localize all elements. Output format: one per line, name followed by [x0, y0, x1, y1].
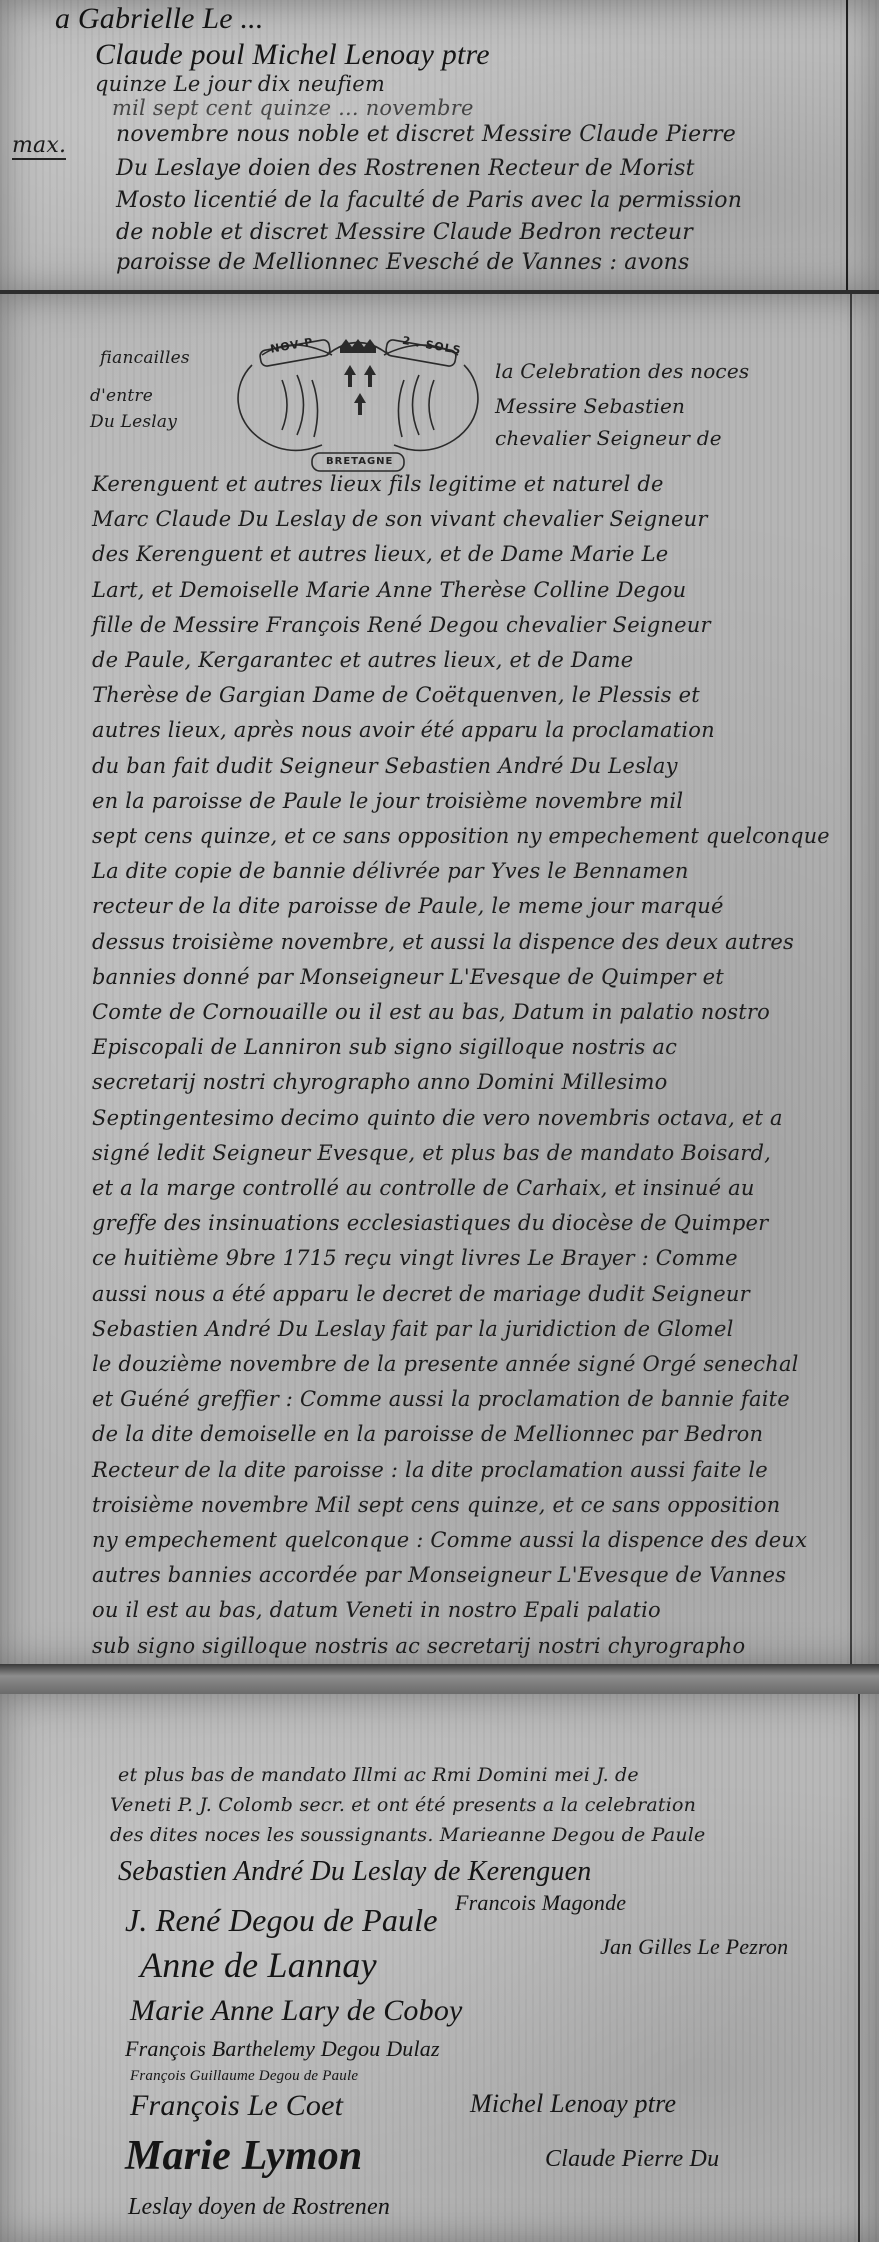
text-line: Comte de Cornouaille ou il est au bas, D… — [92, 1000, 770, 1024]
text-line: novembre nous noble et discret Messire C… — [116, 122, 736, 147]
text-line: le douzième novembre de la presente anné… — [92, 1352, 799, 1376]
text-line: Messire Sebastien — [495, 394, 685, 418]
text-line: autres bannies accordée par Monseigneur … — [92, 1563, 786, 1587]
text-line: Septingentesimo decimo quinto die vero n… — [92, 1106, 783, 1130]
signature: Anne de Lannay — [140, 1944, 377, 1986]
signature: Sebastien André Du Leslay de Kerenguen — [118, 1856, 591, 1888]
text-line: bannies donné par Monseigneur L'Evesque … — [92, 965, 724, 989]
margin-note: Du Leslay — [90, 412, 177, 432]
text-line: greffe des insinuations ecclesiastiques … — [92, 1211, 768, 1235]
register-page-bottom: et plus bas de mandato Illmi ac Rmi Domi… — [0, 1694, 879, 2242]
text-line: de la dite demoiselle en la paroisse de … — [92, 1422, 763, 1446]
text-line: sept cens quinze, et ce sans opposition … — [92, 824, 830, 848]
text-line: autres lieux, après nous avoir été appar… — [92, 718, 715, 742]
text-line: fille de Messire François René Degou che… — [92, 613, 711, 637]
register-page-main: fiancailles d'entre Du Leslay la Celebra… — [0, 294, 879, 1666]
text-line: Veneti P. J. Colomb secr. et ont été pre… — [110, 1794, 696, 1816]
signature: Marie Lymon — [125, 2132, 362, 2180]
signature: Francois Magonde — [455, 1890, 626, 1916]
text-line: sub signo sigilloque nostris ac secretar… — [92, 1634, 745, 1658]
text-line: Marc Claude Du Leslay de son vivant chev… — [92, 507, 708, 531]
signature-line: Claude poul Michel Lenoay ptre — [95, 38, 490, 72]
text-line: quinze Le jour dix neufiem — [95, 72, 385, 96]
text-line: la Celebration des noces — [495, 359, 749, 383]
text-line: des dites noces les soussignants. Mariea… — [110, 1824, 706, 1846]
stamp-seal: NOV-P 2 . SOLS BRETAGNE — [222, 325, 494, 475]
text-line: La dite copie de bannie délivrée par Yve… — [92, 859, 689, 883]
text-line: et plus bas de mandato Illmi ac Rmi Domi… — [118, 1764, 639, 1786]
text-line: secretarij nostri chyrographo anno Domin… — [92, 1070, 668, 1094]
signature: Michel Lenoay ptre — [470, 2089, 676, 2119]
signature: Leslay doyen de Rostrenen — [128, 2194, 390, 2221]
text-line: Lart, et Demoiselle Marie Anne Therèse C… — [92, 578, 686, 602]
signature: François Barthelemy Degou Dulaz — [125, 2036, 440, 2062]
text-line: mil sept cent quinze ... novembre — [112, 96, 474, 120]
text-line: Sebastien André Du Leslay fait par la ju… — [92, 1317, 734, 1341]
signature: François Guillaume Degou de Paule — [130, 2068, 358, 2085]
margin-note: max. — [12, 133, 66, 160]
signature-line: a Gabrielle Le ... — [55, 2, 264, 36]
signature: Jan Gilles Le Pezron — [600, 1934, 788, 1960]
text-line: chevalier Seigneur de — [495, 426, 722, 450]
text-line: de Paule, Kergarantec et autres lieux, e… — [92, 648, 633, 672]
signature: François Le Coet — [130, 2089, 343, 2123]
text-line: du ban fait dudit Seigneur Sebastien And… — [92, 754, 678, 778]
register-page-top: a Gabrielle Le ... Claude poul Michel Le… — [0, 0, 879, 292]
margin-note: d'entre — [90, 386, 153, 406]
page-divider — [0, 1664, 879, 1694]
text-line: des Kerenguent et autres lieux, et de Da… — [92, 542, 668, 566]
text-line: dessus troisième novembre, et aussi la d… — [92, 930, 794, 954]
text-line: signé ledit Seigneur Evesque, et plus ba… — [92, 1141, 771, 1165]
text-line: Mosto licentié de la faculté de Paris av… — [116, 188, 742, 213]
text-line: ce huitième 9bre 1715 reçu vingt livres … — [92, 1246, 738, 1270]
text-line: troisième novembre Mil sept cens quinze,… — [92, 1493, 780, 1517]
text-line: aussi nous a été apparu le decret de mar… — [92, 1282, 750, 1306]
text-line: Du Leslaye doien des Rostrenen Recteur d… — [116, 156, 695, 181]
signature: J. René Degou de Paule — [125, 1902, 438, 1939]
text-line: paroisse de Mellionnec Evesché de Vannes… — [116, 250, 690, 275]
text-line: recteur de la dite paroisse de Paule, le… — [92, 894, 724, 918]
text-line: et a la marge controllé au controlle de … — [92, 1176, 755, 1200]
margin-note: fiancailles — [100, 348, 190, 368]
text-line: Recteur de la dite paroisse : la dite pr… — [92, 1458, 768, 1482]
signature: Marie Anne Lary de Coboy — [130, 1994, 463, 2028]
text-line: en la paroisse de Paule le jour troisièm… — [92, 789, 683, 813]
text-line: ny empechement quelconque : Comme aussi … — [92, 1528, 807, 1552]
text-line: Episcopali de Lanniron sub signo sigillo… — [92, 1035, 677, 1059]
page-edge-rule — [850, 294, 852, 1666]
signature: Claude Pierre Du — [545, 2146, 719, 2173]
stamp-label-bottom: BRETAGNE — [326, 456, 393, 467]
text-line: ou il est au bas, datum Veneti in nostro… — [92, 1598, 661, 1622]
text-line: Kerenguent et autres lieux fils legitime… — [92, 472, 664, 496]
page-edge-rule — [846, 0, 848, 292]
page-edge-rule — [858, 1694, 860, 2242]
text-line: et Guéné greffier : Comme aussi la procl… — [92, 1387, 790, 1411]
text-line: Therèse de Gargian Dame de Coëtquenven, … — [92, 683, 700, 707]
text-line: de noble et discret Messire Claude Bedro… — [116, 220, 693, 245]
